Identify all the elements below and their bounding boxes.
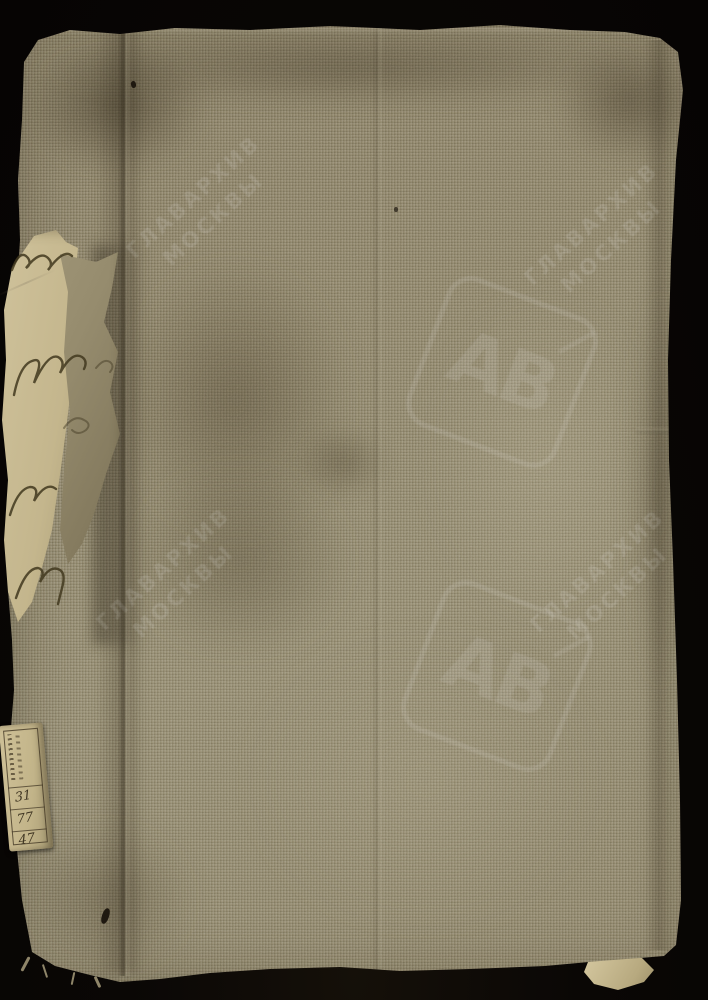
archival-book-cover-photo: ГЛАВАРХИВ МОСКВЫ ГЛАВАРХИВ МОСКВЫ ГЛАВАР…: [0, 0, 708, 1000]
top-edge-highlight: [30, 28, 660, 35]
center-crease: [372, 26, 384, 970]
dark-fleck: [394, 207, 398, 212]
torn-spine-label: [0, 230, 132, 630]
watermark-logo-letters: АВ: [437, 313, 566, 431]
stain: [555, 35, 705, 165]
horizontal-crease: [636, 428, 692, 433]
sticker-handwritten-number: 77: [16, 811, 33, 827]
frayed-thread: [20, 956, 30, 972]
frayed-thread: [42, 964, 48, 978]
watermark-logo-letters: АВ: [432, 617, 561, 735]
frayed-thread: [71, 972, 76, 985]
handwriting-ink-strokes: [0, 230, 132, 630]
frayed-thread: [94, 976, 102, 988]
sticker-handwritten-number: 31: [14, 789, 31, 805]
sticker-handwritten-number: 47: [18, 832, 35, 848]
